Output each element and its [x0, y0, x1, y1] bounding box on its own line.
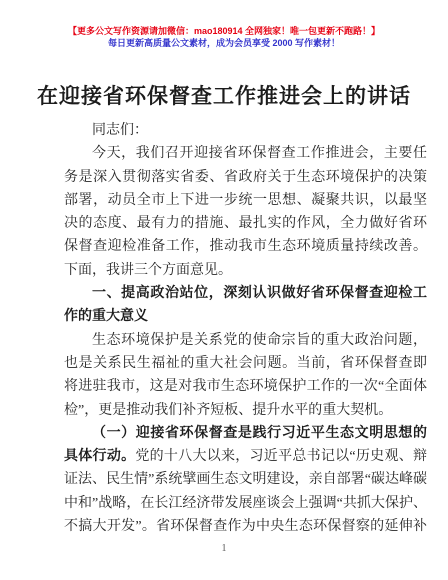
ad-line-red: 【更多公文写作资源请加微信：mao180914 全网独家！唯一包更新不跑路！】: [0, 25, 448, 37]
section-heading: 一、提高政治站位，深刻认识做好省环保督查迎检工作的重大意义: [64, 282, 427, 329]
page-number: 1: [0, 543, 448, 554]
salutation: 同志们：: [64, 119, 427, 142]
paragraph: 今天，我们召开迎接省环保督查工作推进会，主要任务是深入贯彻落实省委、省政府关于生…: [64, 142, 427, 282]
paragraph-lead: （一）迎接省环保督查是践行习近平生态文明思想的具体行动。: [64, 426, 427, 464]
document-body: 同志们：今天，我们召开迎接省环保督查工作推进会，主要任务是深入贯彻落实省委、省政…: [0, 119, 448, 533]
document-title: 在迎接省环保督查工作推进会上的讲话: [10, 84, 438, 110]
document-page: 【更多公文写作资源请加微信：mao180914 全网独家！唯一包更新不跑路！】 …: [0, 0, 448, 580]
paragraph: 生态环境保护是关系党的使命宗旨的重大政治问题，也是关系民生福祉的重大社会问题。当…: [64, 329, 427, 422]
ad-watermark: 【更多公文写作资源请加微信：mao180914 全网独家！唯一包更新不跑路！】 …: [0, 0, 448, 50]
paragraph: （一）迎接省环保督查是践行习近平生态文明思想的具体行动。党的十八大以来，习近平总…: [64, 422, 427, 533]
ad-line-blue: 每日更新高质量公文素材，成为会员享受 2000 写作素材！: [0, 37, 448, 50]
